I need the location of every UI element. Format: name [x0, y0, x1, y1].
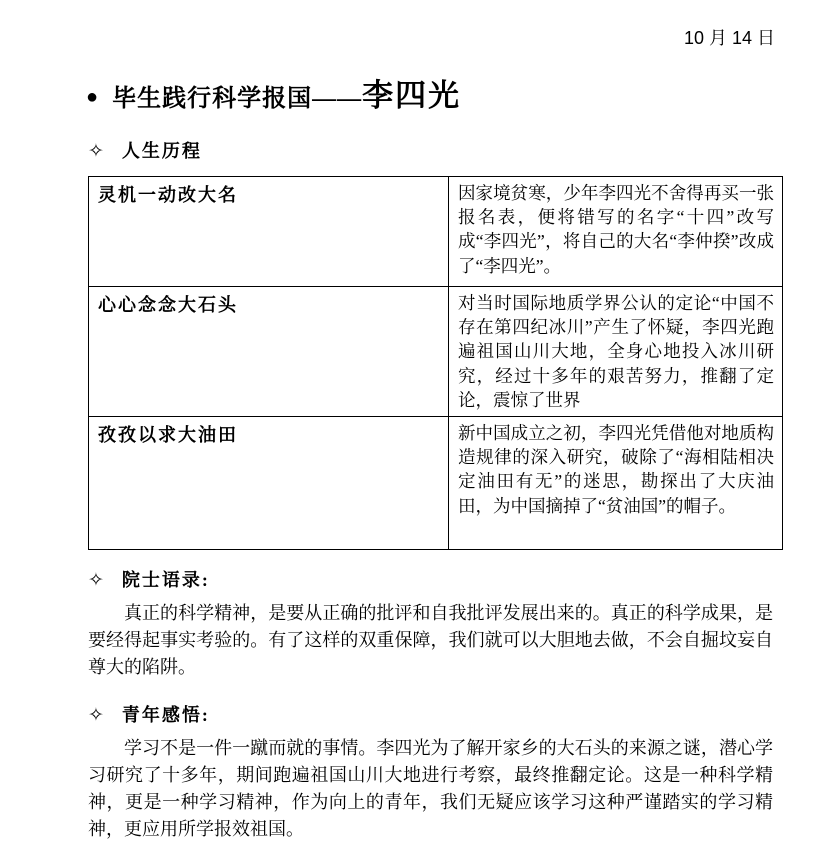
row-title-cell: 心心念念大石头: [89, 287, 449, 417]
youth-reflection-paragraph: 学习不是一件一蹴而就的事情。李四光为了解开家乡的大石头的来源之谜，潜心学习研究了…: [88, 735, 773, 841]
row-content-cell: 因家境贫寒，少年李四光不舍得再买一张报名表，便将错写的名字“十四”改写成“李四光…: [449, 177, 783, 287]
table-row: 灵机一动改大名 因家境贫寒，少年李四光不舍得再买一张报名表，便将错写的名字“十四…: [89, 177, 783, 287]
diamond-star-icon: ✧: [88, 141, 106, 162]
page-title: ●毕生践行科学报国——李四光: [86, 70, 831, 115]
date-label: 10 月 14 日: [0, 26, 775, 50]
row-content-cell: 对当时国际地质学界公认的定论“中国不存在第四纪冰川”产生了怀疑，李四光跑遍祖国山…: [449, 287, 783, 417]
title-person-name: 李四光: [362, 78, 461, 113]
section-heading-academician-quote: ✧院士语录:: [88, 566, 831, 592]
section-label-life-course: 人生历程: [122, 141, 202, 161]
section-label-academician-quote: 院士语录:: [122, 570, 210, 590]
diamond-star-icon: ✧: [88, 705, 106, 726]
section-label-youth-reflection: 青年感悟:: [122, 705, 210, 725]
row-content-cell: 新中国成立之初，李四光凭借他对地质构造规律的深入研究，破除了“海相陆相决定油田有…: [449, 417, 783, 550]
row-title-cell: 孜孜以求大油田: [89, 417, 449, 550]
diamond-star-icon: ✧: [88, 570, 106, 591]
bullet-icon: ●: [86, 86, 98, 108]
academician-quote-paragraph: 真正的科学精神，是要从正确的批评和自我批评发展出来的。真正的科学成果，是要经得起…: [88, 600, 773, 681]
life-course-table: 灵机一动改大名 因家境贫寒，少年李四光不舍得再买一张报名表，便将错写的名字“十四…: [88, 176, 783, 550]
table-row: 孜孜以求大油田 新中国成立之初，李四光凭借他对地质构造规律的深入研究，破除了“海…: [89, 417, 783, 550]
table-row: 心心念念大石头 对当时国际地质学界公认的定论“中国不存在第四纪冰川”产生了怀疑，…: [89, 287, 783, 417]
section-heading-youth-reflection: ✧青年感悟:: [88, 701, 831, 727]
title-main-text: 毕生践行科学报国——: [112, 86, 362, 112]
row-title-cell: 灵机一动改大名: [89, 177, 449, 287]
section-heading-life-course: ✧人生历程: [88, 137, 831, 163]
